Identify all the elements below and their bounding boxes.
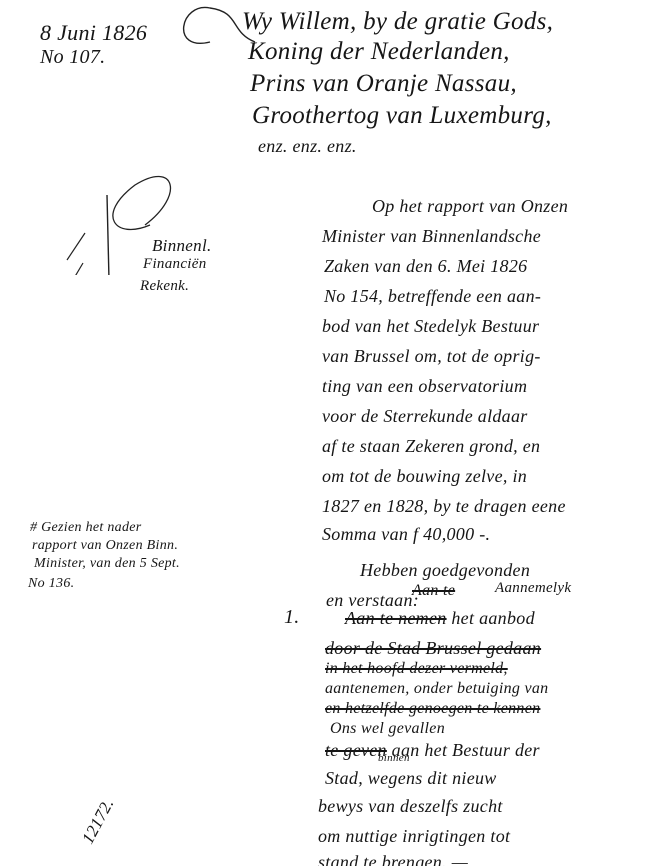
body-line: Zaken van den 6. Mei 1826 xyxy=(324,256,527,277)
heading-line: Koning der Nederlanden, xyxy=(248,38,510,66)
article-line: stand te brengen. — xyxy=(318,852,468,866)
body-line: van Brussel om, tot de oprig- xyxy=(322,346,541,367)
struck-word: Aan te xyxy=(412,582,455,600)
body-line: Op het rapport van Onzen xyxy=(372,196,568,217)
article-line: door de Stad Brussel gedaan xyxy=(325,638,541,659)
line-tail: het aanbod xyxy=(447,608,535,628)
body-line: af te staan Zekeren grond, en xyxy=(322,436,540,457)
body-line: Minister van Binnenlandsche xyxy=(322,226,541,247)
margin-note-line: No 136. xyxy=(28,576,74,592)
article-line: Ons wel gevallen xyxy=(330,720,445,738)
body-line: bod van het Stedelyk Bestuur xyxy=(322,316,539,337)
struck-text: Aan te nemen xyxy=(345,608,447,628)
article-line: Aan te nemen het aanbod xyxy=(345,608,535,629)
margin-note-line: Rekenk. xyxy=(140,278,189,295)
article-line: Stad, wegens dit nieuw xyxy=(325,768,497,789)
article-line: en hetzelfde genoegen te kennen xyxy=(325,700,540,718)
archive-number: 12172. xyxy=(78,795,118,847)
body-line: om tot de bouwing zelve, in xyxy=(322,466,527,487)
margin-note-line: # Gezien het nader xyxy=(30,520,142,536)
article-line: om nuttige inrigtingen tot xyxy=(318,826,510,847)
article-number: 1. xyxy=(284,606,300,629)
article-line: te geven aan het Bestuur der xyxy=(325,740,540,761)
heading-line: Wy Willem, by de gratie Gods, xyxy=(242,8,553,36)
body-line: No 154, betreffende een aan- xyxy=(324,286,541,307)
heading-line: enz. enz. enz. xyxy=(258,136,357,157)
resolution-line: Hebben goedgevonden xyxy=(360,560,530,581)
article-line: bewys van deszelfs zucht xyxy=(318,796,503,817)
body-line: voor de Sterrekunde aldaar xyxy=(322,406,528,427)
body-line: 1827 en 1828, by te dragen eene xyxy=(322,496,566,517)
body-line: ting van een observatorium xyxy=(322,376,527,397)
margin-note-line: Minister, van den 5 Sept. xyxy=(34,556,180,572)
margin-note-line: rapport van Onzen Binn. xyxy=(32,538,178,554)
body-line: Somma van f 40,000 -. xyxy=(322,524,490,545)
date-note: 8 Juni 1826 xyxy=(40,20,147,46)
heading-line: Groothertog van Luxemburg, xyxy=(252,102,552,130)
margin-note-line: Binnenl. xyxy=(152,236,212,256)
number-note: No 107. xyxy=(40,46,105,69)
margin-note-line: Financiën xyxy=(143,256,207,273)
inserted-word: Aannemelyk xyxy=(495,580,571,597)
article-line: aantenemen, onder betuiging van xyxy=(325,680,548,698)
heading-line: Prins van Oranje Nassau, xyxy=(250,70,517,98)
article-line: in het hoofd dezer vermeld, xyxy=(325,660,508,678)
superscript-insert: binnen xyxy=(378,752,410,764)
